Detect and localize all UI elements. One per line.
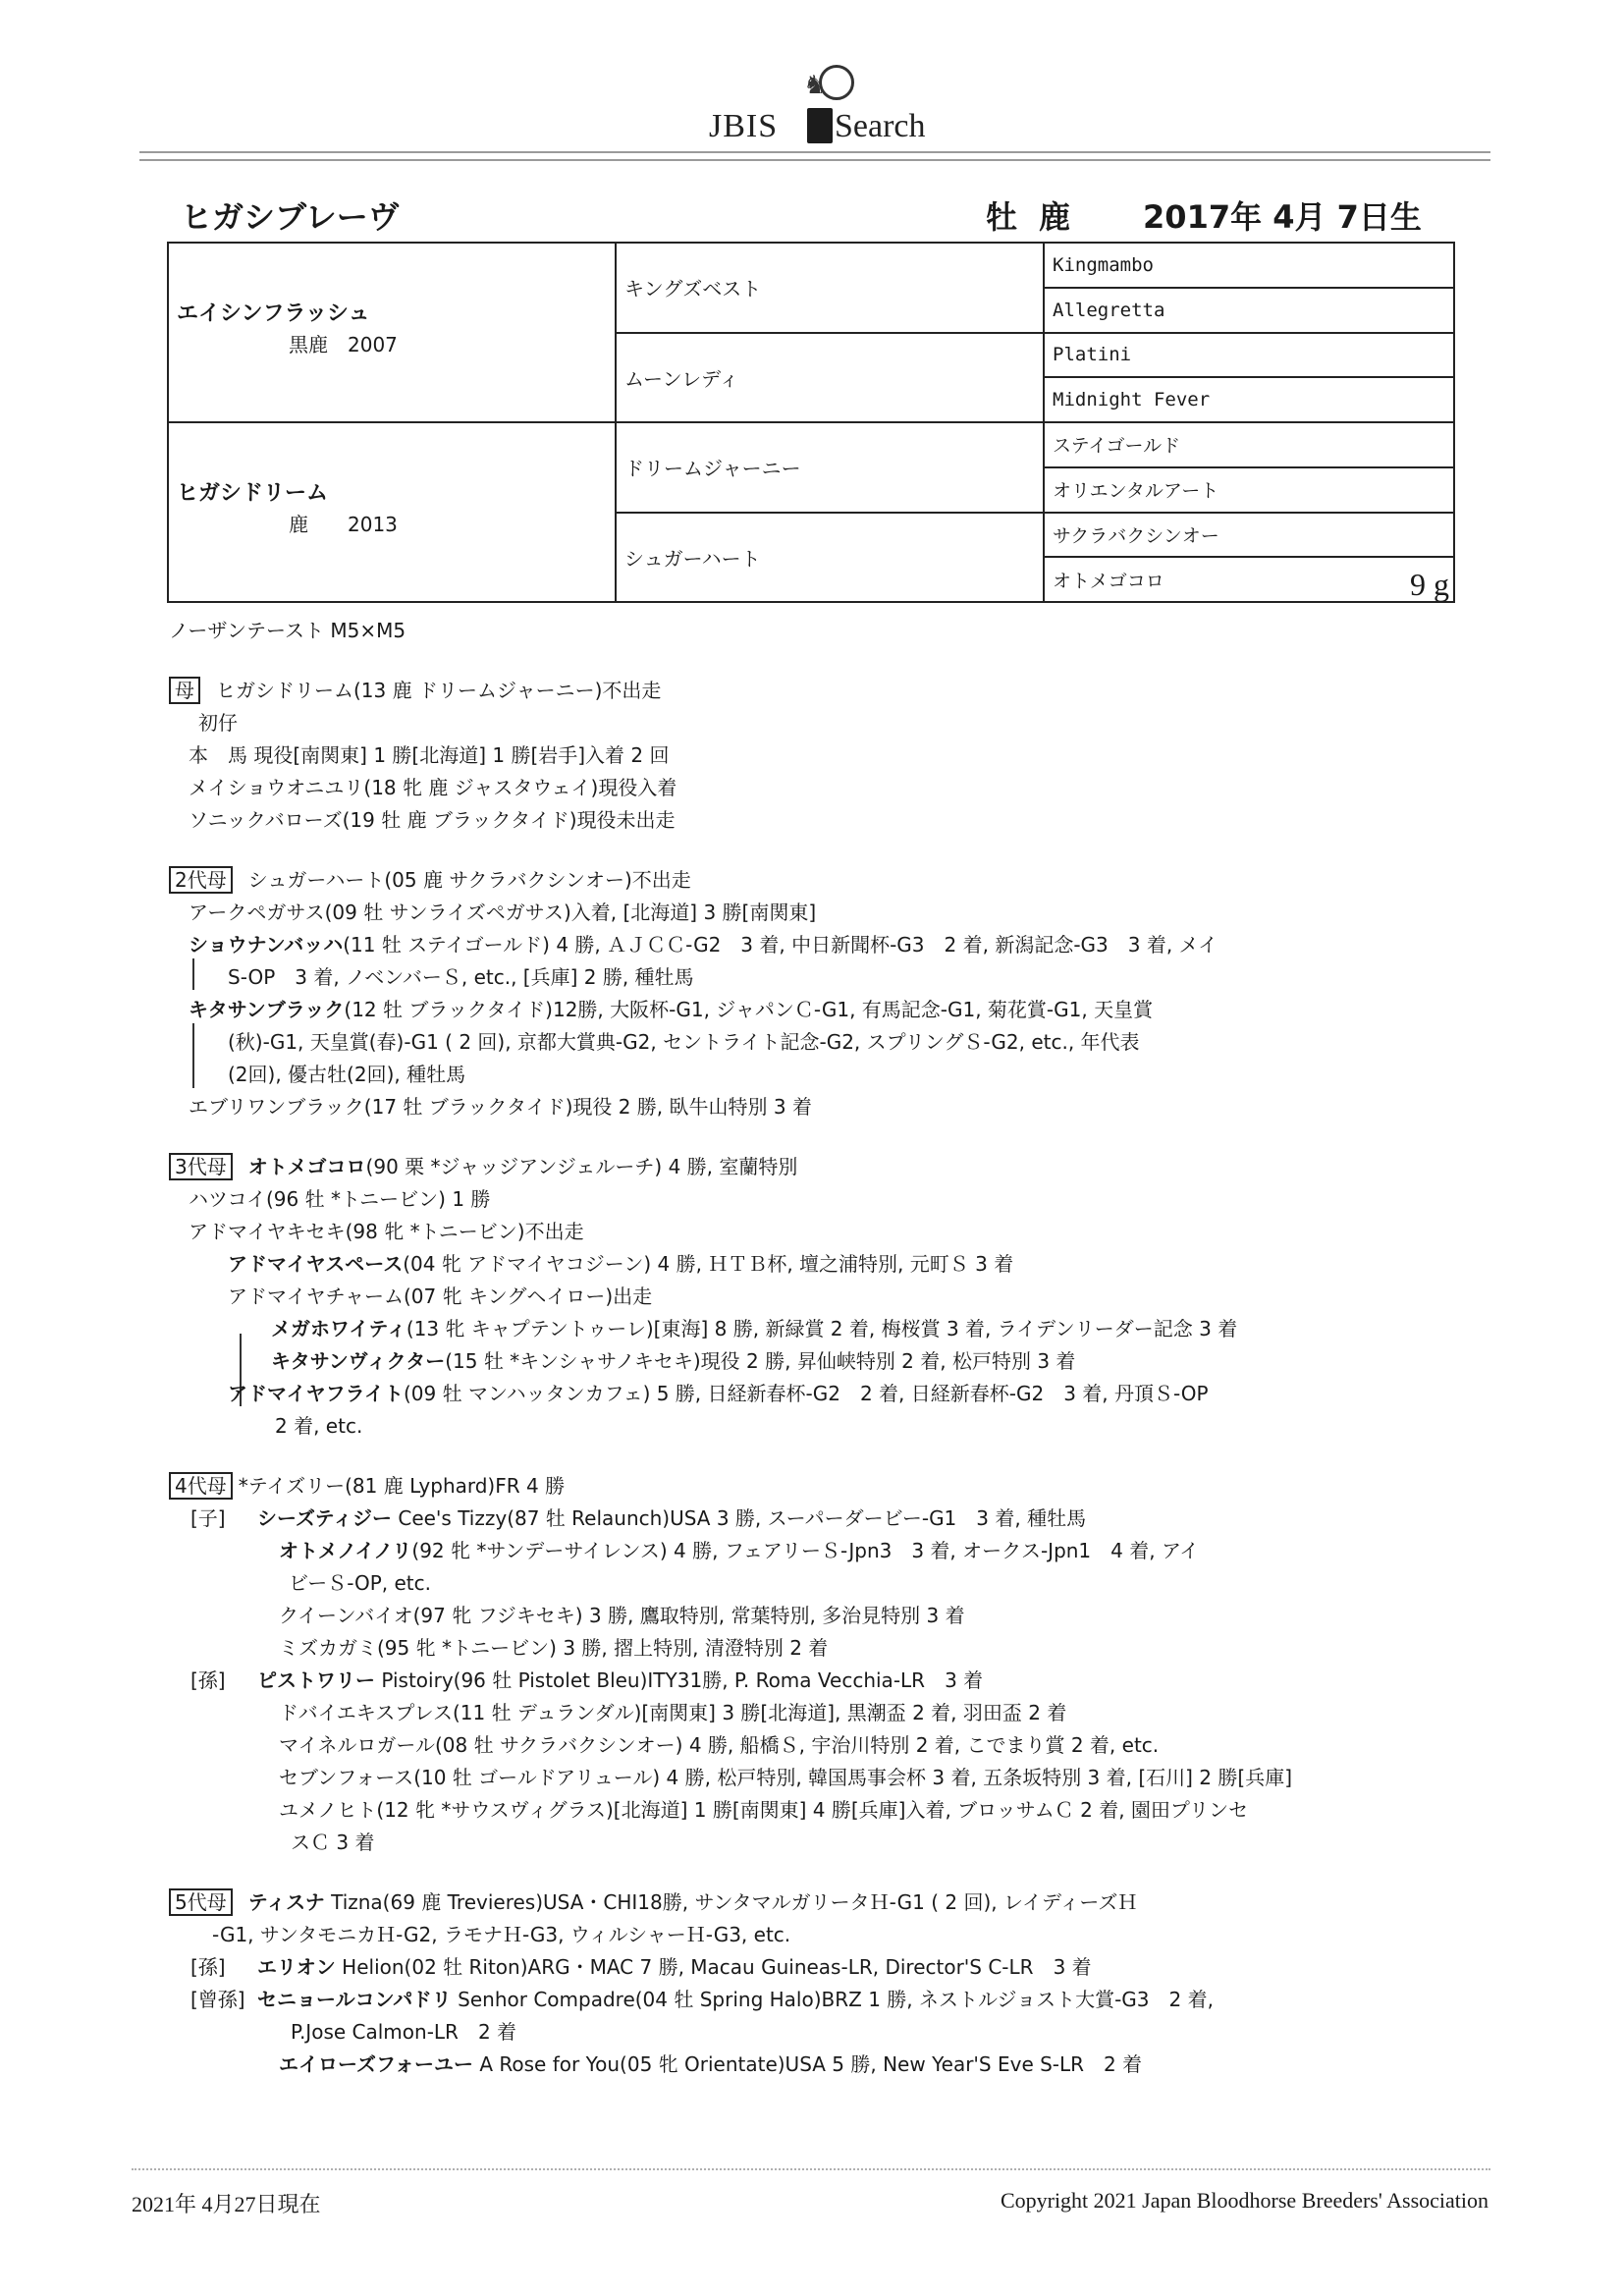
pedigree-sire-sire: キングズベスト (616, 243, 1044, 333)
fifth-dam-section: 5代母ティスナ Tizna(69 鹿 Trevieres)USA・CHI18勝,… (169, 1886, 1475, 2081)
family-line: [孫]エリオン Helion(02 牡 Riton)ARG・MAC 7 勝, M… (169, 1951, 1475, 1984)
pedigree-gen3-cell: オリエンタルアート (1044, 467, 1454, 513)
logo-search-text: Search (835, 108, 926, 145)
dam-line: メイショウオニユリ(18 牝 鹿 ジャスタウェイ)現役入着 (169, 772, 1475, 804)
dam-section: 母ヒガシドリーム(13 鹿 ドリームジャーニー)不出走 初仔 本 馬 現役[南関… (169, 675, 1475, 837)
family-line: ドバイエキスプレス(11 牡 デュランダル)[南関東] 3 勝[北海道], 黒潮… (169, 1697, 1475, 1729)
dam-line: ソニックバローズ(19 牡 鹿 ブラックタイド)現役未出走 (169, 804, 1475, 837)
horse-info: 牡 鹿 2017年 4月 7日生 (986, 192, 1422, 238)
tag-child: [子] (169, 1503, 257, 1535)
family-line: [孫]ピストワリー Pistoiry(96 牡 Pistolet Bleu)IT… (169, 1665, 1475, 1697)
sire-details: 黒鹿 2007 (177, 329, 607, 357)
pedigree-gen3-name: オトメゴコロ (1053, 571, 1164, 592)
pedigree-gen3-cell: Kingmambo (1044, 243, 1454, 288)
pedigree-gen3-cell: サクラバクシンオー (1044, 513, 1454, 558)
family-line: ビーＳ-OP, etc. (169, 1567, 1475, 1600)
family-notes: ノーザンテースト M5×M5 母ヒガシドリーム(13 鹿 ドリームジャーニー)不… (169, 615, 1475, 2081)
pedigree-gen3-cell: オトメゴコロ 9 g (1044, 557, 1454, 602)
family-line: 2 着, etc. (169, 1410, 1475, 1443)
pedigree-table: エイシンフラッシュ 黒鹿 2007 キングズベスト Kingmambo Alle… (167, 242, 1455, 603)
fifth-dam-head: Tizna(69 鹿 Trevieres)USA・CHI18勝, サンタマルガリ… (325, 1890, 1138, 1914)
tag-great-grandchild: [曾孫] (169, 1984, 257, 2016)
family-line: [子]シーズティジー Cee's Tizzy(87 牡 Relaunch)USA… (169, 1503, 1475, 1535)
sire-name: エイシンフラッシュ (177, 297, 607, 327)
family-line: アドマイヤスペース(04 牝 アドマイヤコジーン) 4 勝, ＨＴＢ杯, 壇之浦… (169, 1248, 1475, 1281)
pedigree-gen3-cell: Allegretta (1044, 288, 1454, 333)
footer-date: 2021年 4月27日現在 (132, 2188, 321, 2218)
pedigree-gen3-cell: ステイゴールド (1044, 422, 1454, 467)
third-dam-head: (90 栗 *ジャッジアンジェルーチ) 4 勝, 室蘭特別 (366, 1155, 798, 1178)
fifth-dam-head-cont: -G1, サンタモニカＨ-G2, ラモナＨ-G3, ウィルシャーＨ-G3, et… (169, 1919, 1475, 1951)
pedigree-dam: ヒガシドリーム 鹿 2013 (168, 422, 616, 602)
family-line: キタサンブラック(12 牡 ブラックタイド)12勝, 大阪杯-G1, ジャパンＣ… (169, 994, 1475, 1026)
third-dam-name: オトメゴコロ (248, 1155, 366, 1178)
pedigree-gen3-cell: Platini (1044, 333, 1454, 378)
family-line: キタサンヴィクター(15 牡 *キンシャサノキセキ)現役 2 勝, 昇仙峡特別 … (169, 1345, 1475, 1378)
fourth-dam-label: 4代母 (169, 1472, 233, 1500)
dam-line: 本 馬 現役[南関東] 1 勝[北海道] 1 勝[岩手]入着 2 回 (169, 739, 1475, 772)
horse-color: 鹿 (1039, 192, 1070, 238)
family-line: ハツコイ(96 牡 *トニービン) 1 勝 (169, 1183, 1475, 1216)
family-line: ショウナンバッハ(11 牡 ステイゴールド) 4 勝, ＡＪＣＣ-G2 3 着,… (169, 929, 1475, 961)
horse-birthdate: 2017年 4月 7日生 (1143, 192, 1422, 238)
family-line: [曾孫]セニョールコンパドリ Senhor Compadre(04 牡 Spri… (169, 1984, 1475, 2016)
family-line: エブリワンブラック(17 牡 ブラックタイド)現役 2 勝, 臥牛山特別 3 着 (169, 1091, 1475, 1123)
horse-sex: 牡 (986, 192, 1017, 238)
family-line: アークペガサス(09 牡 サンライズペガサス)入着, [北海道] 3 勝[南関東… (169, 897, 1475, 929)
third-dam-section: 3代母オトメゴコロ(90 栗 *ジャッジアンジェルーチ) 4 勝, 室蘭特別 ハ… (169, 1151, 1475, 1443)
second-dam-label: 2代母 (169, 866, 233, 894)
tag-grandchild: [孫] (169, 1665, 257, 1697)
family-line: アドマイヤフライト(09 牡 マンハッタンカフェ) 5 勝, 日経新春杯-G2 … (169, 1378, 1475, 1410)
dam-details: 鹿 2013 (177, 509, 607, 537)
family-line: エイローズフォーユー A Rose for You(05 牝 Orientate… (169, 2049, 1475, 2081)
tag-grandchild: [孫] (169, 1951, 257, 1984)
fourth-dam-section: 4代母*テイズリー(81 鹿 Lyphard)FR 4 勝 [子]シーズティジー… (169, 1470, 1475, 1859)
horse-icon: ♞ (803, 71, 826, 100)
family-line: オトメノイノリ(92 牝 *サンデーサイレンス) 4 勝, フェアリーＳ-Jpn… (169, 1535, 1475, 1567)
family-line: ユメノヒト(12 牝 *サウスヴィグラス)[北海道] 1 勝[南関東] 4 勝[… (169, 1794, 1475, 1827)
pedigree-dam-dam: シュガーハート (616, 513, 1044, 603)
family-line: (秋)-G1, 天皇賞(春)-G1 ( 2 回), 京都大賞典-G2, セントラ… (169, 1026, 1475, 1059)
pedigree-sire: エイシンフラッシュ 黒鹿 2007 (168, 243, 616, 422)
family-line: S-OP 3 着, ノベンバーＳ, etc., [兵庫] 2 勝, 種牡馬 (169, 961, 1475, 994)
family-line: セブンフォース(10 牡 ゴールドアリュール) 4 勝, 松戸特別, 韓国馬事会… (169, 1762, 1475, 1794)
horse-name: ヒガシブレーヴ (181, 192, 400, 238)
pedigree-dam-sire: ドリームジャーニー (616, 422, 1044, 513)
inbreed-mark: 9 g (1410, 567, 1449, 603)
third-dam-label: 3代母 (169, 1153, 233, 1180)
logo-can-icon (807, 108, 833, 143)
dam-name: ヒガシドリーム (177, 476, 607, 507)
header-rule (139, 151, 1490, 161)
second-dam-section: 2代母シュガーハート(05 鹿 サクラバクシンオー)不出走 アークペガサス(09… (169, 864, 1475, 1123)
fourth-dam-head: *テイズリー(81 鹿 Lyphard)FR 4 勝 (239, 1474, 565, 1498)
logo-jbis-text: JBIS (709, 108, 778, 145)
dam-line: 初仔 (169, 707, 1475, 739)
footer-copyright: Copyright 2021 Japan Bloodhorse Breeders… (1001, 2188, 1489, 2214)
family-line: クイーンバイオ(97 牝 フジキセキ) 3 勝, 鷹取特別, 常葉特別, 多治見… (169, 1600, 1475, 1632)
pedigree-sire-dam: ムーンレディ (616, 333, 1044, 423)
family-line: P.Jose Calmon-LR 2 着 (169, 2016, 1475, 2049)
family-line: (2回), 優古牡(2回), 種牡馬 (169, 1059, 1475, 1091)
dam-label: 母 (169, 677, 200, 704)
family-line: アドマイヤチャーム(07 牝 キングヘイロー)出走 (169, 1281, 1475, 1313)
fifth-dam-name: ティスナ (248, 1890, 325, 1914)
family-line: アドマイヤキセキ(98 牝 *トニービン)不出走 (169, 1216, 1475, 1248)
family-line: スＣ 3 着 (169, 1827, 1475, 1859)
inbreeding-cross: ノーザンテースト M5×M5 (169, 615, 1475, 647)
pedigree-gen3-cell: Midnight Fever (1044, 377, 1454, 422)
family-line: ミズカガミ(95 牝 *トニービン) 3 勝, 摺上特別, 清澄特別 2 着 (169, 1632, 1475, 1665)
family-line: マイネルロガール(08 牡 サクラバクシンオー) 4 勝, 船橋Ｓ, 宇治川特別… (169, 1729, 1475, 1762)
dam-head: ヒガシドリーム(13 鹿 ドリームジャーニー)不出走 (216, 679, 661, 702)
family-line: メガホワイティ(13 牝 キャプテントゥーレ)[東海] 8 勝, 新緑賞 2 着… (169, 1313, 1475, 1345)
footer-rule (132, 2168, 1490, 2170)
jbis-search-logo: ♞ JBIS Search (709, 61, 945, 145)
second-dam-head: シュガーハート(05 鹿 サクラバクシンオー)不出走 (248, 868, 691, 892)
fifth-dam-label: 5代母 (169, 1888, 233, 1916)
